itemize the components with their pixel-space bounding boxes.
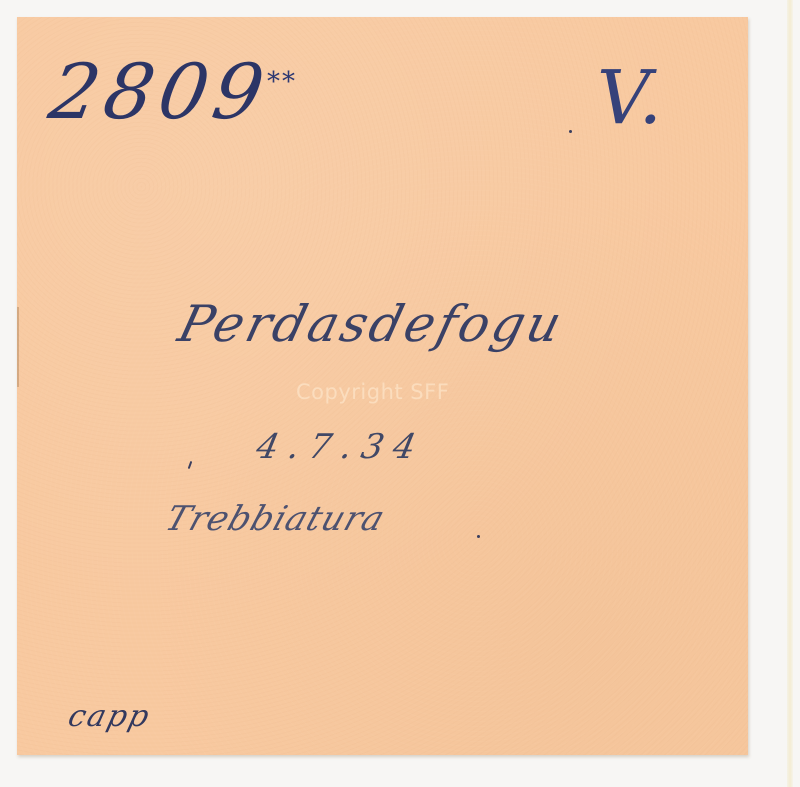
ink-dot bbox=[477, 535, 480, 538]
letter-mark: V. bbox=[597, 55, 663, 141]
copyright-watermark: Copyright SFF bbox=[296, 380, 449, 404]
date: 4.7.34 bbox=[253, 427, 430, 467]
background-sheet-edge bbox=[787, 0, 793, 787]
catalog-star-marks: ** bbox=[267, 67, 297, 97]
place-name: Perdasdefogu bbox=[173, 295, 570, 353]
paper-fold-mark bbox=[17, 307, 19, 387]
ink-mark bbox=[188, 461, 193, 469]
ink-dot bbox=[569, 130, 572, 133]
catalog-number: 2809 bbox=[43, 47, 276, 136]
activity-label: Trebbiatura bbox=[161, 499, 391, 539]
bottom-note: capp bbox=[65, 699, 155, 734]
